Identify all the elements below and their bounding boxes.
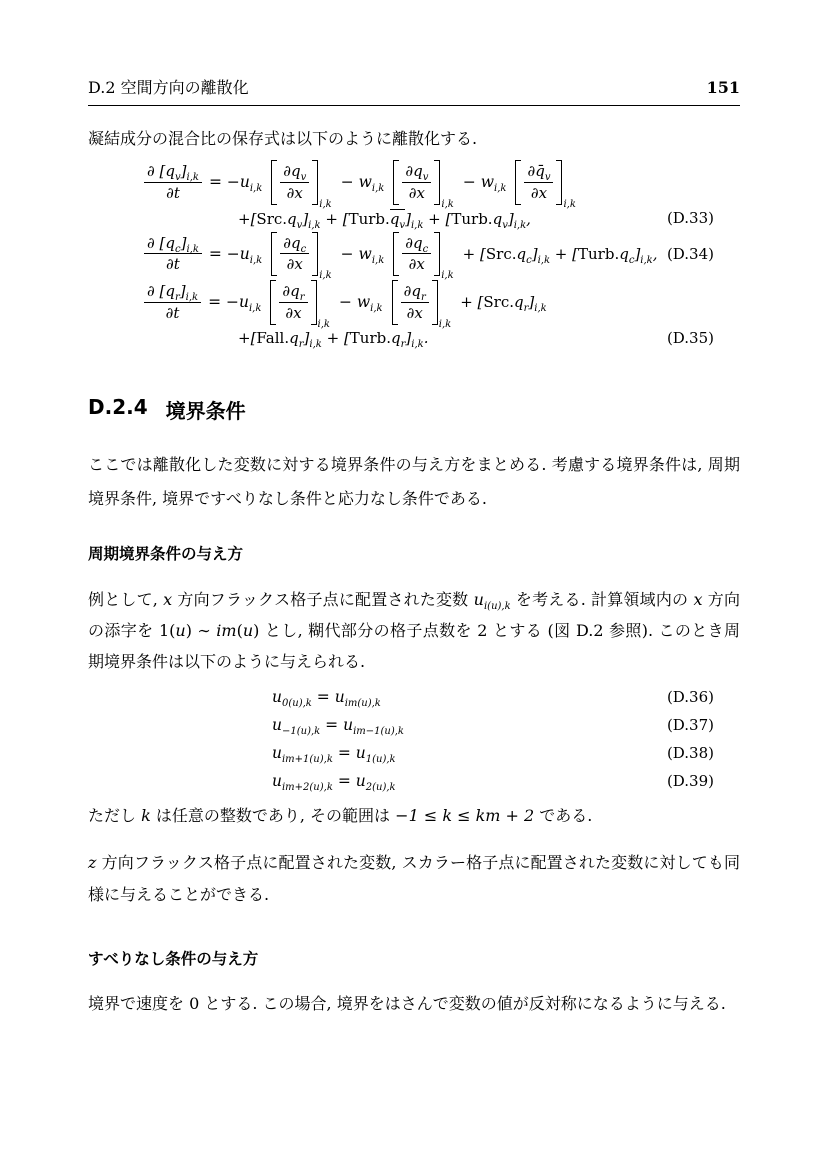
fraction-numerator: ∂qc [280,234,309,255]
noslip-heading: すべりなし条件の与え方 [88,947,740,969]
fraction-numerator: ∂qr [401,282,429,303]
document-page: D.2 空間方向の離散化 151 凝結成分の混合比の保存式は以下のように離散化す… [0,0,826,1169]
fraction-numerator: ∂ [qv]i,k [144,162,202,183]
right-bracket [312,160,318,205]
equation-d39: uim+2(u),k = u2(u),k (D.39) [88,767,740,795]
coefficient-term: − wi,k [339,293,383,311]
derivative-bracket-1: ∂qc∂xi,k [271,232,331,277]
intro-paragraph: 凝結成分の混合比の保存式は以下のように離散化する. [88,128,740,150]
fraction-denominator: ∂x [287,254,303,274]
source-terms: + [Src.qc]i,k + [Turb.qc]i,k, [463,245,658,263]
fraction-numerator: ∂qv [402,162,431,183]
equation-d35: ∂ [qr]i,k∂t = −ui,k ∂qr∂xi,k − wi,k ∂qr∂… [88,280,740,347]
fraction: ∂qr∂x [276,280,310,325]
fraction-denominator: ∂x [409,254,425,274]
page-number: 151 [707,78,740,97]
derivative-bracket-1: ∂qv∂xi,k [271,160,331,205]
fraction-denominator: ∂t [166,303,180,323]
noslip-paragraph: 境界で速度を 0 とする. この場合, 境界をはさんで変数の値が反対称になるよう… [88,993,740,1015]
fraction: ∂qc∂x [399,232,434,277]
boundary-intro-paragraph: ここでは離散化した変数に対する境界条件の与え方をまとめる. 考慮する境界条件は,… [88,448,740,516]
bracket-subscript: i,k [441,270,453,281]
right-bracket [434,160,440,205]
equation-body: uim+2(u),k = u2(u),k [272,767,396,795]
equation-d36: u0(u),k = uim(u),k (D.36) [88,683,740,711]
equation-continuation: +[Src.qv]i,k + [Turb.qv]i,k + [Turb.qv]i… [238,209,531,228]
equation-d33-line1: ∂ [qv]i,k∂t = −ui,k ∂qv∂xi,k − wi,k ∂qv∂… [144,160,740,205]
equation-d35-line1: ∂ [qr]i,k∂t = −ui,k ∂qr∂xi,k − wi,k ∂qr∂… [144,280,740,325]
equation-d33: ∂ [qv]i,k∂t = −ui,k ∂qv∂xi,k − wi,k ∂qv∂… [88,160,740,228]
right-bracket [434,232,440,277]
equation-number-d38: (D.38) [667,739,714,767]
range-note-paragraph: ただし k は任意の整数であり, その範囲は −1 ≤ k ≤ km + 2 で… [88,805,740,827]
equation-d35-line2: +[Fall.qr]i,k + [Turb.qr]i,k. (D.35) [88,329,740,347]
equation-body: u0(u),k = uim(u),k [272,683,381,711]
equation-continuation: +[Fall.qr]i,k + [Turb.qr]i,k. [238,329,428,347]
fraction-denominator: ∂x [409,183,425,203]
coefficient-term: − wi,k [341,173,385,191]
periodic-boundary-heading: 周期境界条件の与え方 [88,542,740,564]
fraction: ∂qv∂x [399,160,434,205]
coefficient-term: = −ui,k [208,293,261,311]
right-bracket [311,280,317,325]
equation-number-d37: (D.37) [667,711,714,739]
derivative-bracket-2: ∂qc∂xi,k [393,232,453,277]
fraction-numerator: ∂q̄v [524,162,553,183]
equation-d37: u−1(u),k = uim−1(u),k (D.37) [88,711,740,739]
equation-number-d36: (D.36) [667,683,714,711]
fraction: ∂q̄v∂x [521,160,556,205]
right-bracket [432,280,438,325]
equation-number-d34: (D.34) [667,245,714,263]
coefficient-term: − wi,k [341,245,385,263]
bracket-subscript: i,k [318,318,330,329]
lhs-fraction: ∂ [qr]i,k∂t [144,282,201,323]
fraction-denominator: ∂x [285,303,301,323]
equation-number-d39: (D.39) [667,767,714,795]
source-terms: + [Src.qr]i,k [460,293,547,311]
fraction-denominator: ∂t [166,254,180,274]
bracket-subscript: i,k [441,198,453,209]
section-title: 境界条件 [166,395,246,424]
lhs-fraction: ∂ [qv]i,k∂t [144,162,202,203]
section-heading: D.2.4 境界条件 [88,395,740,424]
fraction: ∂qv∂x [277,160,312,205]
fraction-denominator: ∂x [531,183,547,203]
section-number: D.2.4 [88,395,148,424]
lhs-fraction: ∂ [qc]i,k∂t [144,234,202,275]
bracket-subscript: i,k [319,270,331,281]
coefficient-term: − wi,k [463,173,507,191]
equation-number-d35: (D.35) [667,329,714,347]
derivative-bracket-1: ∂qr∂xi,k [270,280,330,325]
equation-body: uim+1(u),k = u1(u),k [272,739,396,767]
page-header: D.2 空間方向の離散化 151 [88,75,740,106]
equation-d34-line1: ∂ [qc]i,k∂t = −ui,k ∂qc∂xi,k − wi,k ∂qc∂… [144,232,740,277]
equation-d34: ∂ [qc]i,k∂t = −ui,k ∂qc∂xi,k − wi,k ∂qc∂… [88,232,740,277]
bracket-subscript: i,k [319,198,331,209]
coefficient-term: = −ui,k [209,245,262,263]
equation-d38: uim+1(u),k = u1(u),k (D.38) [88,739,740,767]
periodic-equations: u0(u),k = uim(u),k (D.36) u−1(u),k = uim… [88,683,740,795]
fraction: ∂qr∂x [398,280,432,325]
fraction-denominator: ∂t [166,183,180,203]
periodic-paragraph: 例として, x 方向フラックス格子点に配置された変数 ui(u),k を考える.… [88,584,740,677]
bracket-subscript: i,k [563,198,575,209]
equation-body: u−1(u),k = uim−1(u),k [272,711,404,739]
fraction: ∂qc∂x [277,232,312,277]
derivative-bracket-2: ∂qr∂xi,k [392,280,452,325]
bracket-subscript: i,k [439,318,451,329]
fraction-denominator: ∂x [407,303,423,323]
right-bracket [312,232,318,277]
fraction-numerator: ∂ [qc]i,k [144,234,202,255]
equation-number-d33: (D.33) [667,209,714,227]
right-bracket [556,160,562,205]
derivative-bracket-3: ∂q̄v∂xi,k [515,160,575,205]
fraction-numerator: ∂qc [402,234,431,255]
z-direction-paragraph: z 方向フラックス格子点に配置された変数, スカラー格子点に配置された変数に対し… [88,847,740,911]
fraction-denominator: ∂x [287,183,303,203]
equation-d33-line2: +[Src.qv]i,k + [Turb.qv]i,k + [Turb.qv]i… [88,209,740,228]
fraction-numerator: ∂qv [280,162,309,183]
fraction-numerator: ∂ [qr]i,k [144,282,201,303]
coefficient-term: = −ui,k [209,173,262,191]
derivative-bracket-2: ∂qv∂xi,k [393,160,453,205]
running-header: D.2 空間方向の離散化 [88,75,249,98]
fraction-numerator: ∂qr [279,282,307,303]
